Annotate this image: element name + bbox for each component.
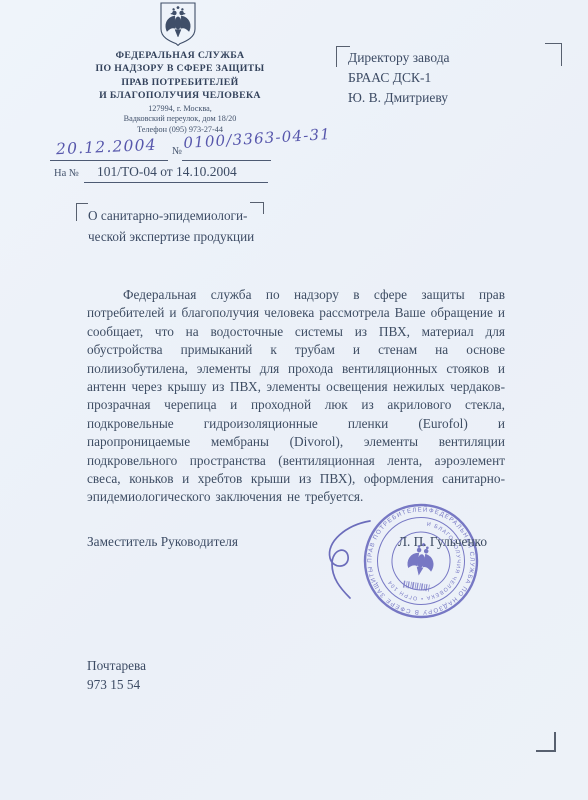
recipient-line: Ю. В. Дмитриеву xyxy=(348,88,450,108)
subject-corner-mark-left xyxy=(76,203,88,221)
recipient-line: БРААС ДСК-1 xyxy=(348,68,450,88)
state-emblem-icon xyxy=(157,1,199,46)
org-line: ПРАВ ПОТРЕБИТЕЛЕЙ xyxy=(30,76,330,89)
org-line: И БЛАГОПОЛУЧИЯ ЧЕЛОВЕКА xyxy=(30,89,330,102)
official-round-stamp: ФЕДЕРАЛЬНАЯ СЛУЖБА ПО НАДЗОРУ В СФЕРЕ ЗА… xyxy=(361,501,481,621)
letterhead-org-name: ФЕДЕРАЛЬНАЯ СЛУЖБА ПО НАДЗОРУ В СФЕРЕ ЗА… xyxy=(30,49,330,103)
subject-line: О санитарно-эпидемиологи- xyxy=(88,205,254,226)
number-underline xyxy=(182,160,271,161)
reply-to-label: На № xyxy=(54,168,79,179)
signer-position: Заместитель Руководителя xyxy=(87,534,238,550)
address-line: Вадковский переулок, дом 18/20 xyxy=(30,114,330,124)
number-sign: № xyxy=(172,146,182,157)
date-underline xyxy=(50,160,168,161)
executor-phone: 973 15 54 xyxy=(87,676,146,695)
handwritten-date: 20.12.2004 xyxy=(56,136,157,158)
recipient-block: Директору завода БРААС ДСК-1 Ю. В. Дмитр… xyxy=(348,48,450,108)
executor-block: Почтарева 973 15 54 xyxy=(87,657,146,694)
reply-underline xyxy=(84,182,268,183)
page-corner-mark-bottom-right xyxy=(536,732,556,752)
address-line: 127994, г. Москва, xyxy=(30,104,330,114)
reply-to-number: 101/ТО-04 от 14.10.2004 xyxy=(97,164,237,180)
subject-block: О санитарно-эпидемиологи- ческой эксперт… xyxy=(88,205,254,247)
letter-body-paragraph: Федеральная служба по надзору в сфере за… xyxy=(87,286,505,507)
subject-line: ческой экспертизе продукции xyxy=(88,226,254,247)
org-line: ФЕДЕРАЛЬНАЯ СЛУЖБА xyxy=(30,49,330,62)
executor-name: Почтарева xyxy=(87,657,146,676)
recipient-line: Директору завода xyxy=(348,48,450,68)
signer-name: Л. П. Гульченко xyxy=(398,534,487,550)
recipient-corner-mark-right xyxy=(545,43,562,66)
scanned-letter-page: ФЕДЕРАЛЬНАЯ СЛУЖБА ПО НАДЗОРУ В СФЕРЕ ЗА… xyxy=(0,0,588,800)
org-line: ПО НАДЗОРУ В СФЕРЕ ЗАЩИТЫ xyxy=(30,62,330,75)
